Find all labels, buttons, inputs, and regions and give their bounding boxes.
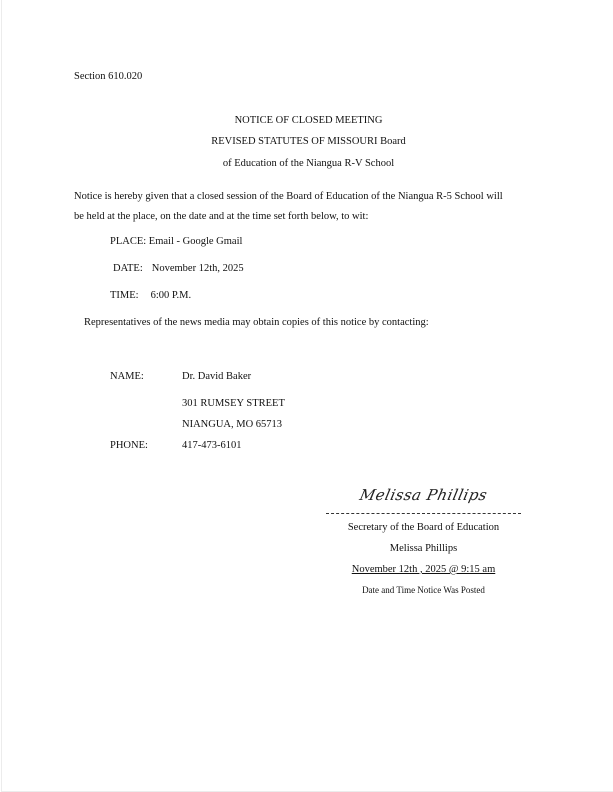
contact-address-line-1: 301 RUMSEY STREET bbox=[182, 398, 285, 409]
intro-paragraph-line-1: Notice is hereby given that a closed ses… bbox=[74, 191, 503, 202]
contact-name-value: Dr. David Baker bbox=[182, 371, 251, 382]
time-label: TIME: bbox=[110, 290, 139, 301]
signer-title: Secretary of the Board of Education bbox=[326, 522, 521, 533]
notice-subtitle-school: of Education of the Niangua R-V School bbox=[2, 158, 613, 169]
meeting-place: PLACE: Email - Google Gmail bbox=[110, 236, 242, 247]
intro-paragraph-line-2: be held at the place, on the date and at… bbox=[74, 211, 368, 222]
contact-phone-label: PHONE: bbox=[110, 440, 148, 451]
signature-area: Melissa Phillips bbox=[326, 486, 521, 514]
signer-name: Melissa Phillips bbox=[326, 543, 521, 554]
meeting-time: TIME:6:00 P.M. bbox=[110, 290, 191, 301]
contact-phone-value: 417-473-6101 bbox=[182, 440, 242, 451]
place-label: PLACE: bbox=[110, 236, 146, 247]
place-value: Email - Google Gmail bbox=[149, 236, 243, 247]
section-reference: Section 610.020 bbox=[74, 71, 142, 82]
date-value: November 12th, 2025 bbox=[152, 263, 244, 274]
handwritten-signature: Melissa Phillips bbox=[358, 486, 489, 504]
contact-address-line-2: NIANGUA, MO 65713 bbox=[182, 419, 282, 430]
posted-datetime-caption: Date and Time Notice Was Posted bbox=[326, 585, 521, 595]
media-contact-line: Representatives of the news media may ob… bbox=[84, 317, 429, 328]
notice-subtitle: REVISED STATUTES OF MISSOURI Board bbox=[2, 136, 613, 147]
document-page: Section 610.020 NOTICE OF CLOSED MEETING… bbox=[1, 0, 613, 792]
date-label: DATE: bbox=[113, 263, 143, 274]
contact-name-label: NAME: bbox=[110, 371, 144, 382]
time-value: 6:00 P.M. bbox=[151, 290, 192, 301]
meeting-date: DATE:November 12th, 2025 bbox=[113, 263, 244, 274]
signature-line bbox=[326, 513, 521, 514]
posted-datetime: November 12th , 2025 @ 9:15 am bbox=[326, 564, 521, 575]
notice-title: NOTICE OF CLOSED MEETING bbox=[2, 115, 613, 126]
